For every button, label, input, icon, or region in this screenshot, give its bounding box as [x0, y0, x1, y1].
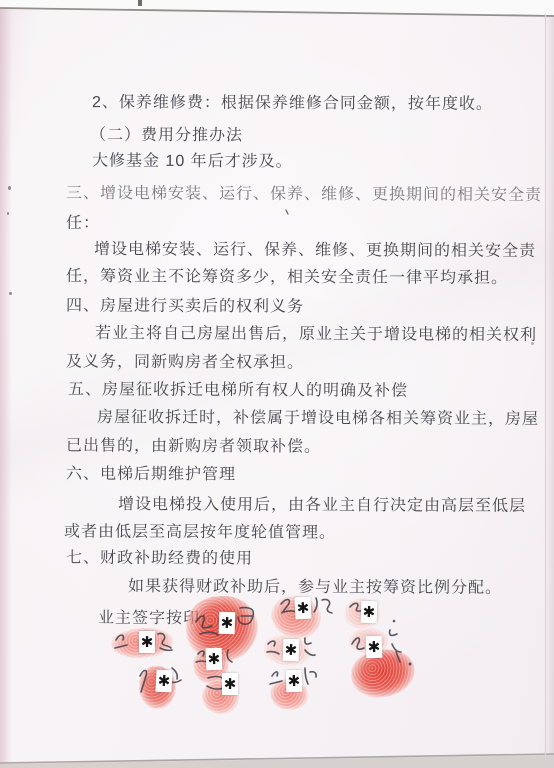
- doc-line: 或者由低层至高层按年度轮值管理。: [64, 522, 336, 543]
- redaction-marker: ✱: [294, 597, 311, 620]
- doc-line: 已出售的，由新购房者领取补偿。: [66, 436, 321, 457]
- redaction-marker: ✱: [139, 631, 155, 653]
- redaction-marker: ✱: [361, 601, 378, 624]
- doc-line: 三、增设电梯安装、运行、保养、维修、更换期间的相关安全责: [66, 184, 542, 206]
- redaction-marker: ✱: [366, 636, 383, 659]
- doc-line: 六、电梯后期维护管理: [66, 465, 236, 486]
- doc-line: 大修基金 10 年后才涉及。: [92, 152, 293, 173]
- doc-line: 七、财政补助经费的使用: [66, 549, 253, 570]
- doc-line: 增设电梯安装、运行、保养、维修、更换期间的相关安全责: [94, 240, 536, 262]
- doc-line: 若业主将自己房屋出售后，原业主关于增设电梯的相关权利: [95, 324, 537, 346]
- redaction-marker: ✱: [155, 670, 172, 693]
- doc-line: 任：: [66, 214, 100, 234]
- redaction-marker: ✱: [206, 648, 223, 671]
- redaction-marker: ✱: [219, 612, 236, 635]
- redaction-marker: ✱: [286, 670, 303, 693]
- redaction-marker: ✱: [222, 673, 238, 695]
- doc-line: 任，筹资业主不论筹资多少，相关安全责任一律平均承担。: [66, 267, 508, 289]
- redaction-marker: ✱: [283, 639, 300, 662]
- doc-line: 如果获得财政补助后，参与业主按筹资比例分配。: [128, 577, 502, 599]
- doc-line: 2、保养维修费：根据保养维修合同金额，按年度收。: [92, 93, 493, 115]
- doc-line: （二）费用分推办法: [90, 126, 243, 147]
- doc-line: 四、房屋进行买卖后的权利义务: [66, 296, 304, 317]
- signature-section-label: 业主签字按印：: [98, 609, 217, 630]
- doc-line: 五、房屋征收拆迁电梯所有权人的明确及补偿: [68, 380, 408, 401]
- doc-line: 增设电梯投入使用后，由各业主自行决定由高层至低层: [118, 495, 526, 517]
- doc-line: 房屋征收拆迁时，补偿属于增设电梯各相关筹资业主，房屋: [97, 408, 539, 430]
- doc-line: 及义务，同新购房者全权承担。: [66, 352, 304, 373]
